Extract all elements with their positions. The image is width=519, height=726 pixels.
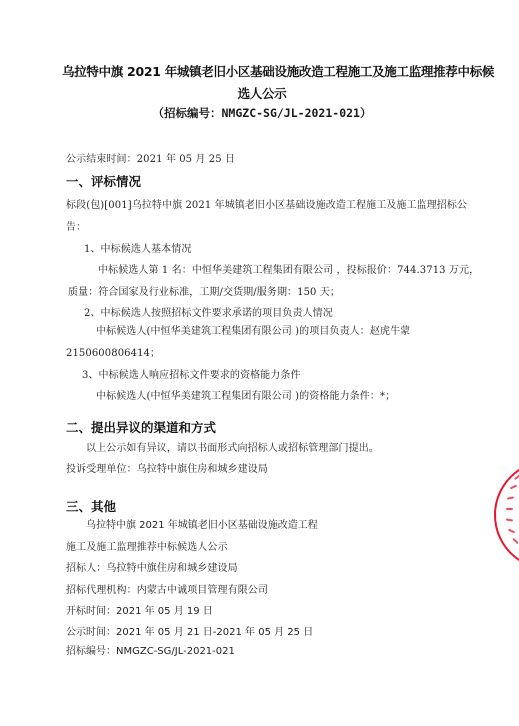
- section1-intro-line2: 告：: [66, 218, 86, 233]
- publicity-period: 公示时间：2021 年 05 月 21 日-2021 年 05 月 25 日: [66, 623, 313, 638]
- section1-intro-line1: 标段(包)[001]乌拉特中旗 2021 年城镇老旧小区基础设施改造工程施工及施…: [66, 196, 467, 211]
- official-seal-icon: [494, 460, 519, 570]
- tender-code: 招标编号：NMGZC-SG/JL-2021-021: [66, 642, 235, 657]
- item3-line1: 中标候选人(中恒华美建筑工程集团有限公司 )的资格能力条件：*；: [96, 387, 395, 402]
- project-name-line1: 乌拉特中旗 2021 年城镇老旧小区基础设施改造工程: [86, 516, 318, 531]
- tender-code-title: （招标编号：NMGZC-SG/JL-2021-021）: [62, 105, 462, 121]
- section-heading-evaluation: 一、评标情况: [66, 172, 141, 190]
- item1-line1: 中标候选人第 1 名：中恒华美建筑工程集团有限公司 ，投标报价：744.3713…: [98, 261, 479, 276]
- item2-line2: 2150600806414；: [66, 344, 160, 359]
- section-heading-other: 三、其他: [66, 497, 116, 515]
- tender-agency: 招标代理机构：内蒙古中诚项目管理有限公司: [66, 581, 268, 596]
- tenderer: 招标人：乌拉特中旗住房和城乡建设局: [66, 559, 238, 574]
- project-name-line2: 施工及施工监理推荐中标候选人公示: [66, 538, 228, 553]
- item3-title: 3、中标候选人响应招标文件要求的资格能力条件: [82, 366, 301, 381]
- announcement-end-time: 公示结束时间：2021 年 05 月 25 日: [66, 150, 235, 165]
- item1-line2: 质量：符合国家及行业标准，工期/交货期/服务期：150 天；: [68, 283, 340, 298]
- document-title-line1: 乌拉特中旗 2021 年城镇老旧小区基础设施改造工程施工及施工监理推荐中标候: [62, 62, 462, 80]
- objection-line: 以上公示如有异议，请以书面形式向招标人或招标管理部门提出。: [86, 439, 379, 454]
- document-page: 乌拉特中旗 2021 年城镇老旧小区基础设施改造工程施工及施工监理推荐中标候 选…: [0, 0, 519, 726]
- item2-title: 2、中标候选人按照招标文件要求承诺的项目负责人情况: [84, 304, 333, 319]
- section-heading-objection: 二、提出异议的渠道和方式: [66, 418, 216, 436]
- complaint-unit: 投诉受理单位：乌拉特中旗住房和城乡建设局: [66, 460, 268, 475]
- item1-title: 1、中标候选人基本情况: [84, 240, 191, 255]
- bid-opening-time: 开标时间：2021 年 05 月 19 日: [66, 602, 213, 617]
- document-title-line2: 选人公示: [62, 84, 462, 102]
- item2-line1: 中标候选人(中恒华美建筑工程集团有限公司 )的项目负责人：赵虎牛蒙: [96, 322, 410, 337]
